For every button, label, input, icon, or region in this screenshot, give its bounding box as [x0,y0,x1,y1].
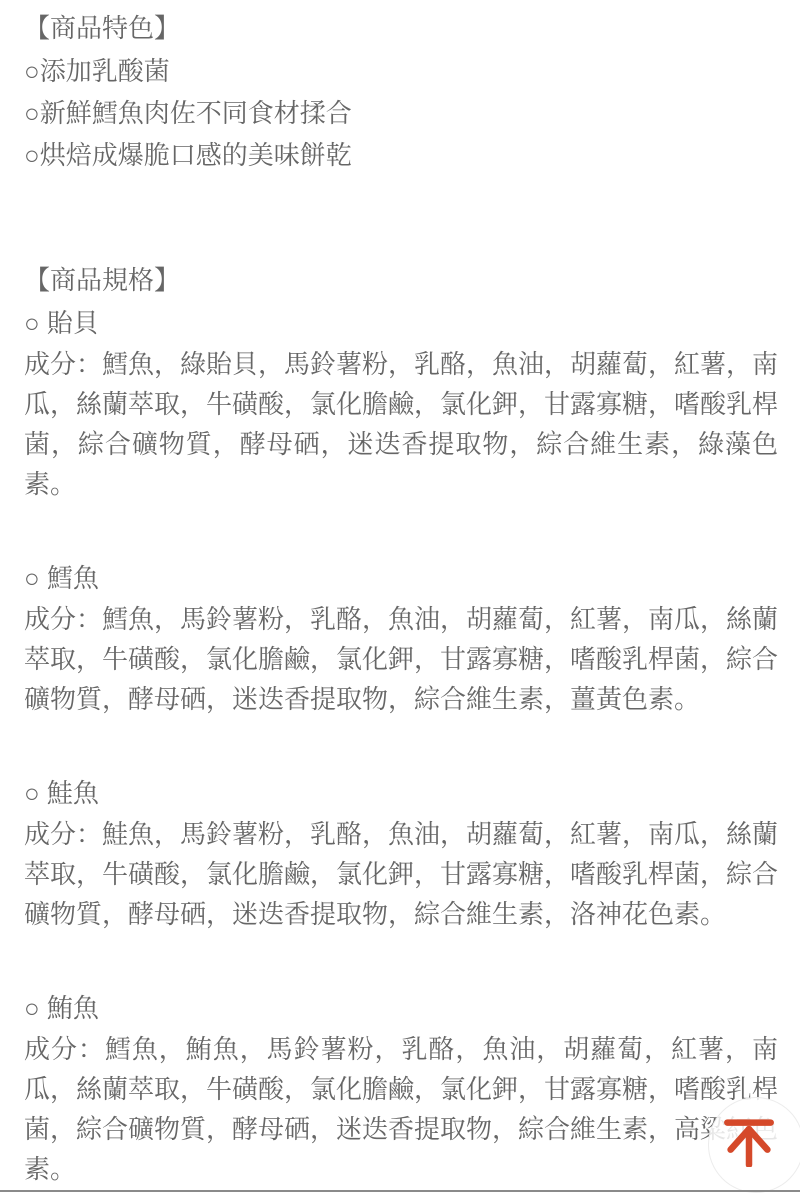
product-description: 【商品特色】 ○添加乳酸菌 ○新鮮鱈魚肉佐不同食材揉合 ○烘焙成爆脆口感的美味餅… [0,0,800,1189]
feature-item: ○烘焙成爆脆口感的美味餅乾 [24,134,778,176]
variant-tuna: ○ 鮪魚 成分：鱈魚，鮪魚，馬鈴薯粉，乳酪，魚油，胡蘿蔔，紅薯，南瓜，絲蘭萃取，… [24,987,778,1189]
variant-ingredients: 成分：鱈魚，綠貽貝，馬鈴薯粉，乳酪，魚油，胡蘿蔔，紅薯，南瓜，絲蘭萃取，牛磺酸，… [24,344,778,504]
feature-item: ○新鮮鱈魚肉佐不同食材揉合 [24,92,778,134]
variant-ingredients: 成分：鮭魚，馬鈴薯粉，乳酪，魚油，胡蘿蔔，紅薯，南瓜，絲蘭萃取，牛磺酸，氯化膽鹼… [24,814,778,934]
feature-item: ○添加乳酸菌 [24,50,778,92]
bottom-divider [0,1190,800,1192]
specs-section: 【商品規格】 ○ 貽貝 成分：鱈魚，綠貽貝，馬鈴薯粉，乳酪，魚油，胡蘿蔔，紅薯，… [24,258,778,1189]
features-title: 【商品特色】 [24,6,778,50]
specs-title: 【商品規格】 [24,258,778,302]
variant-name: ○ 貽貝 [24,302,778,344]
arrow-up-to-top-icon [723,1115,775,1167]
scroll-to-top-button[interactable] [708,1097,800,1193]
features-section: 【商品特色】 ○添加乳酸菌 ○新鮮鱈魚肉佐不同食材揉合 ○烘焙成爆脆口感的美味餅… [24,6,778,176]
variant-name: ○ 鮭魚 [24,772,778,814]
variant-name: ○ 鮪魚 [24,987,778,1029]
variant-salmon: ○ 鮭魚 成分：鮭魚，馬鈴薯粉，乳酪，魚油，胡蘿蔔，紅薯，南瓜，絲蘭萃取，牛磺酸… [24,772,778,934]
variant-ingredients: 成分：鱈魚，鮪魚，馬鈴薯粉，乳酪，魚油，胡蘿蔔，紅薯，南瓜，絲蘭萃取，牛磺酸，氯… [24,1029,778,1189]
variant-mussel: ○ 貽貝 成分：鱈魚，綠貽貝，馬鈴薯粉，乳酪，魚油，胡蘿蔔，紅薯，南瓜，絲蘭萃取… [24,302,778,504]
variant-cod: ○ 鱈魚 成分：鱈魚，馬鈴薯粉，乳酪，魚油，胡蘿蔔，紅薯，南瓜，絲蘭萃取，牛磺酸… [24,557,778,719]
variant-ingredients: 成分：鱈魚，馬鈴薯粉，乳酪，魚油，胡蘿蔔，紅薯，南瓜，絲蘭萃取，牛磺酸，氯化膽鹼… [24,599,778,719]
variant-name: ○ 鱈魚 [24,557,778,599]
